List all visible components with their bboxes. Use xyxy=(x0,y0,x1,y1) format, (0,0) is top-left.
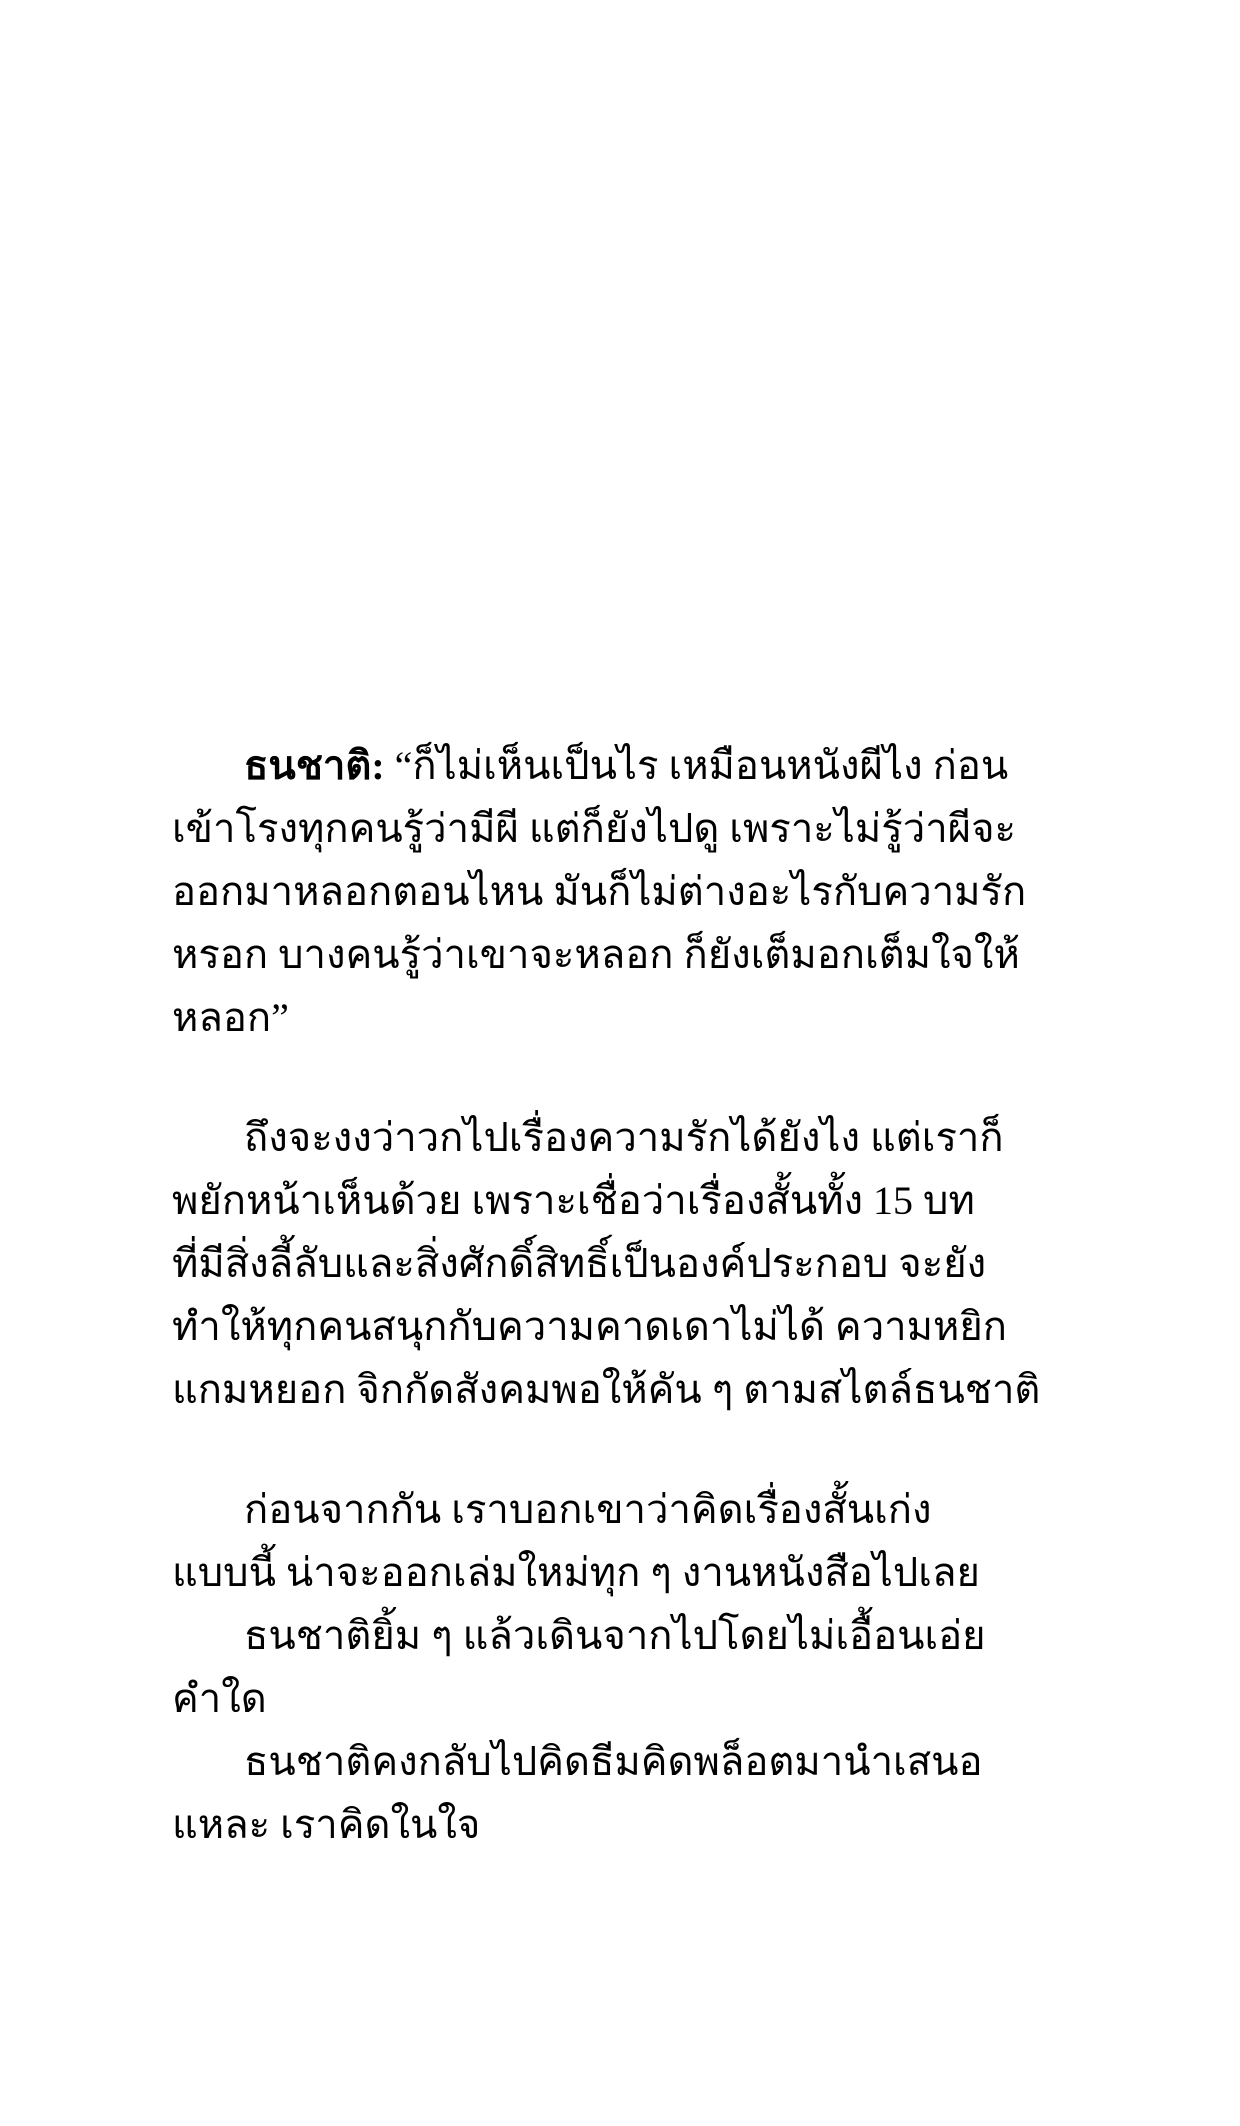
line-text: “ก็ไม่เห็นเป็นไร เหมือนหนังผีไง ก่อน xyxy=(395,743,1009,788)
paragraph: ธนชาติยิ้ม ๆ แล้วเดินจากไปโดยไม่เอื้อนเอ… xyxy=(172,1604,992,1730)
text-line: ทำให้ทุกคนสนุกกับความคาดเดาไม่ได้ ความหย… xyxy=(172,1295,992,1358)
text-line: ออกมาหลอกตอนไหน มันก็ไม่ต่างอะไรกับความร… xyxy=(172,860,992,923)
text-line: ธนชาติ: “ก็ไม่เห็นเป็นไร เหมือนหนังผีไง … xyxy=(172,734,992,797)
paragraph: ถึงจะงงว่าวกไปเรื่องความรักได้ยังไง แต่เ… xyxy=(172,1106,992,1421)
text-line: แกมหยอก จิกกัดสังคมพอให้คัน ๆ ตามสไตล์ธน… xyxy=(172,1358,992,1421)
text-line: ธนชาติคงกลับไปคิดธีมคิดพล็อตมานำเสนอ xyxy=(172,1730,992,1793)
speaker-name: ธนชาติ: xyxy=(244,743,385,788)
text-line: ก่อนจากกัน เราบอกเขาว่าคิดเรื่องสั้นเก่ง xyxy=(172,1478,992,1541)
text-line: ถึงจะงงว่าวกไปเรื่องความรักได้ยังไง แต่เ… xyxy=(172,1106,992,1169)
text-line: หรอก บางคนรู้ว่าเขาจะหลอก ก็ยังเต็มอกเต็… xyxy=(172,923,992,986)
text-line: คำใด xyxy=(172,1667,992,1730)
paragraph: ธนชาติ: “ก็ไม่เห็นเป็นไร เหมือนหนังผีไง … xyxy=(172,734,992,1049)
text-line: พยักหน้าเห็นด้วย เพราะเชื่อว่าเรื่องสั้น… xyxy=(172,1169,992,1232)
text-line: ธนชาติยิ้ม ๆ แล้วเดินจากไปโดยไม่เอื้อนเอ… xyxy=(172,1604,992,1667)
text-block: ธนชาติ: “ก็ไม่เห็นเป็นไร เหมือนหนังผีไง … xyxy=(172,734,992,1856)
paragraph: ธนชาติคงกลับไปคิดธีมคิดพล็อตมานำเสนอแหละ… xyxy=(172,1730,992,1856)
text-line: ที่มีสิ่งลี้ลับและสิ่งศักดิ์สิทธิ์เป็นอง… xyxy=(172,1232,992,1295)
text-line: แหละ เราคิดในใจ xyxy=(172,1793,992,1856)
paragraph: ก่อนจากกัน เราบอกเขาว่าคิดเรื่องสั้นเก่ง… xyxy=(172,1478,992,1604)
text-line: แบบนี้ น่าจะออกเล่มใหม่ทุก ๆ งานหนังสือไ… xyxy=(172,1541,992,1604)
text-line: หลอก” xyxy=(172,986,992,1049)
text-line: เข้าโรงทุกคนรู้ว่ามีผี แต่ก็ยังไปดู เพรา… xyxy=(172,797,992,860)
book-page: ธนชาติ: “ก็ไม่เห็นเป็นไร เหมือนหนังผีไง … xyxy=(0,0,1240,2126)
